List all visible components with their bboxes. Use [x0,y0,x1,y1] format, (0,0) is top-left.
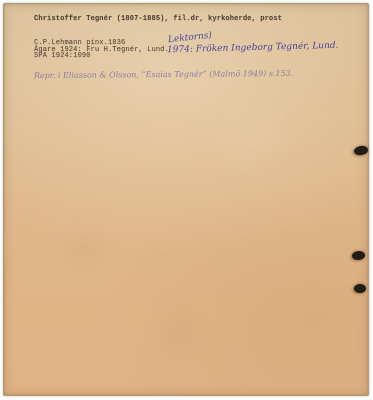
punch-hole [353,145,369,157]
scanned-page: Christoffer Tegnér (1807-1885), fil.dr, … [0,0,373,400]
archive-reference: SPA 1924:1090 [34,52,91,60]
index-card: Christoffer Tegnér (1807-1885), fil.dr, … [3,3,369,396]
handwritten-repro-note: Repr. i Eliasson & Olsson, ”Esaias Tegné… [34,69,293,80]
handwritten-owner-update: 1974: Fröken Ingeborg Tegnér, Lund. [167,41,339,55]
punch-hole [354,283,367,293]
card-title-line: Christoffer Tegnér (1807-1885), fil.dr, … [34,15,282,23]
punch-hole [351,250,365,261]
handwritten-annotation: Lektorns) [168,31,213,46]
